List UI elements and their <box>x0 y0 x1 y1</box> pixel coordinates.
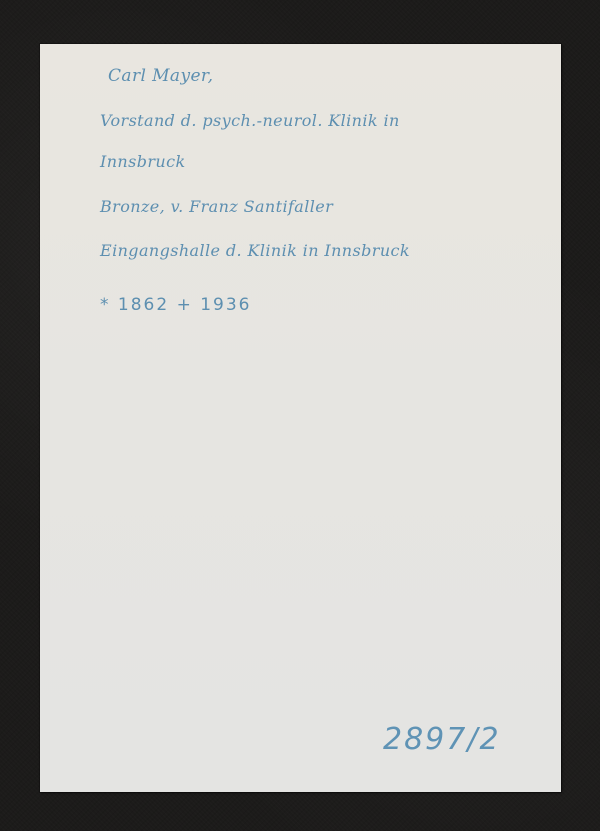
handwritten-life-dates-line: * 1862 + 1936 <box>100 295 251 315</box>
handwritten-city-line: Innsbruck <box>100 152 186 171</box>
handwritten-name-line: Carl Mayer, <box>108 66 213 86</box>
handwritten-title-line: Vorstand d. psych.-neurol. Klinik in <box>100 111 400 130</box>
handwritten-location-line: Eingangshalle d. Klinik in Innsbruck <box>100 241 410 260</box>
handwritten-material-artist-line: Bronze, v. Franz Santifaller <box>100 197 333 216</box>
archive-card: Carl Mayer, Vorstand d. psych.-neurol. K… <box>40 44 561 792</box>
inventory-number: 2897/2 <box>383 722 501 757</box>
